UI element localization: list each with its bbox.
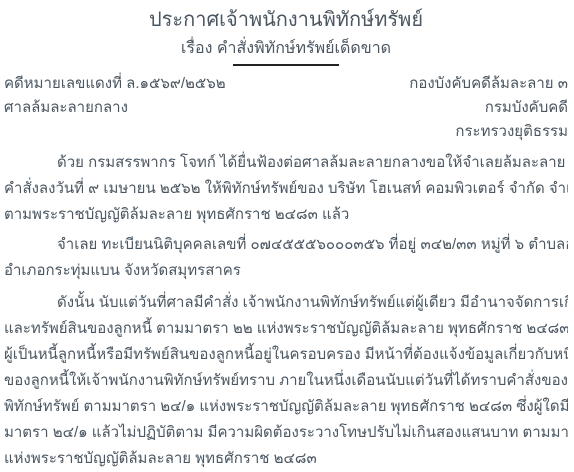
paragraph-receiver-powers: ดังนั้น นับแต่วันที่ศาลมีคำสั่ง เจ้าพนัก…: [4, 290, 568, 472]
paragraph-line: อำเภอกระทุ่มแบน จังหวัดสมุทรสาคร: [4, 258, 568, 284]
paragraph-line: ตามพระราชบัญญัติล้มละลาย พุทธศักราช ๒๔๘๓…: [4, 202, 568, 228]
court-name: ศาลล้มละลายกลาง: [4, 96, 128, 120]
paragraph-line: พิทักษ์ทรัพย์ ตามมาตรา ๒๔/๑ แห่งพระราชบั…: [4, 394, 568, 420]
announcement-document: ประกาศเจ้าพนักงานพิทักษ์ทรัพย์ เรื่อง คำ…: [0, 0, 574, 472]
paragraph-defendant: จำเลย ทะเบียนนิติบุคคลเลขที่ ๐๗๔๕๕๕๖๐๐๐๓…: [4, 232, 568, 284]
paragraph-line: ด้วย กรมสรรพากร โจทก์ ได้ยื่นฟ้องต่อศาลล…: [4, 150, 568, 176]
title-divider: [233, 64, 339, 66]
paragraph-line: ผู้เป็นหนี้ลูกหนี้หรือมีทรัพย์สินของลูกห…: [4, 342, 568, 368]
paragraph-filing: ด้วย กรมสรรพากร โจทก์ ได้ยื่นฟ้องต่อศาลล…: [4, 150, 568, 228]
document-subject: เรื่อง คำสั่งพิทักษ์ทรัพย์เด็ดขาด: [4, 36, 568, 62]
paragraph-line: ดังนั้น นับแต่วันที่ศาลมีคำสั่ง เจ้าพนัก…: [4, 290, 568, 316]
paragraph-line: แห่งพระราชบัญญัติล้มละลาย พุทธศักราช ๒๔๘…: [4, 446, 568, 472]
case-header-row-1: คดีหมายเลขแดงที่ ล.๑๕๖๙/๒๕๖๒ กองบังคับคด…: [4, 72, 568, 96]
case-header-row-2: ศาลล้มละลายกลาง กรมบังคับคดี: [4, 96, 568, 120]
case-header-row-3: กระทรวงยุติธรรม: [4, 120, 568, 144]
paragraph-line: ของลูกหนี้ให้เจ้าพนักงานพิทักษ์ทรัพย์ทรา…: [4, 368, 568, 394]
paragraph-line: คำสั่งลงวันที่ ๙ เมษายน ๒๕๖๒ ให้พิทักษ์ท…: [4, 176, 568, 202]
red-case-number: คดีหมายเลขแดงที่ ล.๑๕๖๙/๒๕๖๒: [4, 72, 226, 96]
ministry-name: กระทรวงยุติธรรม: [455, 120, 568, 144]
division-name: กองบังคับคดีล้มละลาย ๓: [409, 72, 568, 96]
document-title: ประกาศเจ้าพนักงานพิทักษ์ทรัพย์: [4, 4, 568, 36]
paragraph-line: มาตรา ๒๔/๑ แล้วไม่ปฏิบัติตาม มีความผิดต้…: [4, 420, 568, 446]
paragraph-line: จำเลย ทะเบียนนิติบุคคลเลขที่ ๐๗๔๕๕๕๖๐๐๐๓…: [4, 232, 568, 258]
paragraph-line: และทรัพย์สินของลูกหนี้ ตามมาตรา ๒๒ แห่งพ…: [4, 316, 568, 342]
department-name: กรมบังคับคดี: [485, 96, 568, 120]
